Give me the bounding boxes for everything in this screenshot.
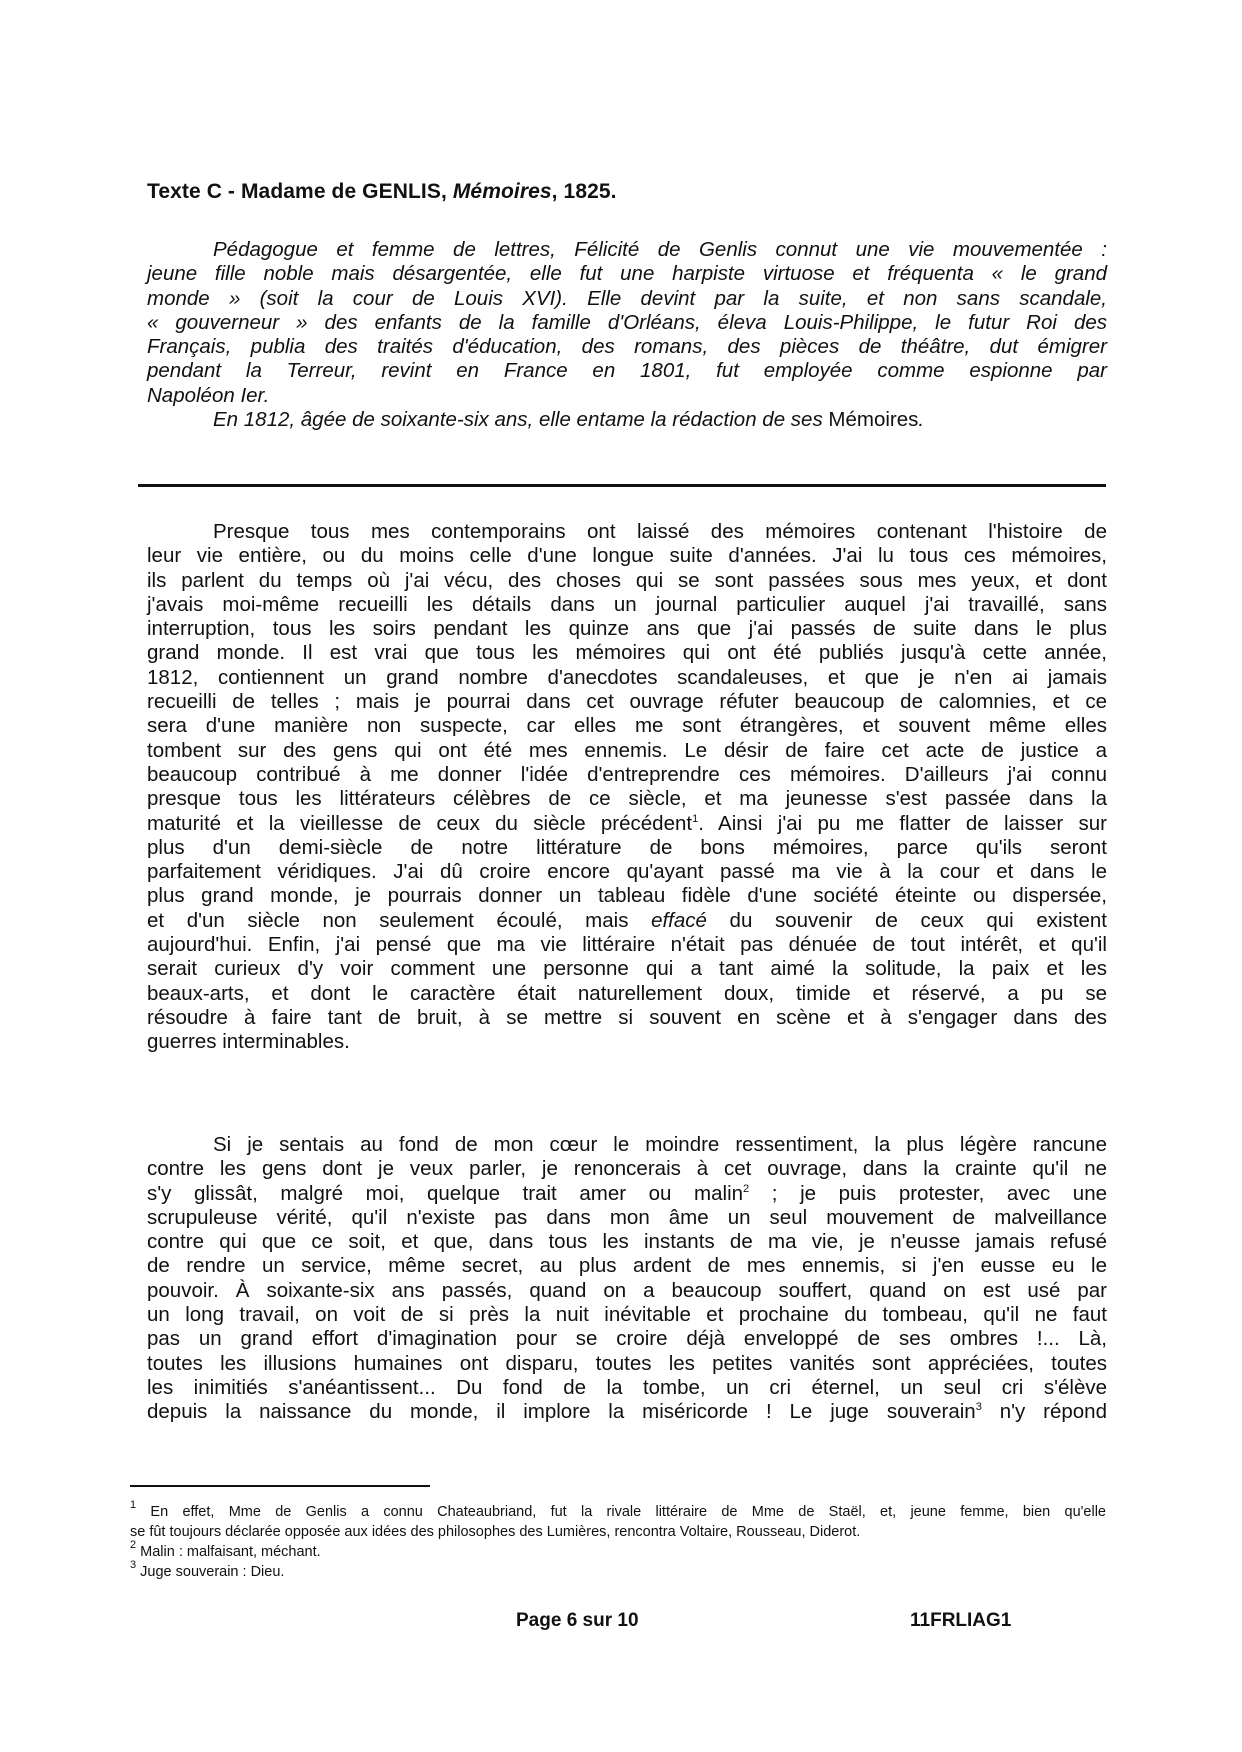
text-line: recueilli de telles ; mais je pourrai da… (147, 690, 1107, 714)
intro-closing: En 1812, âgée de soixante-six ans, elle … (147, 408, 1107, 432)
text-line: Si je sentais au fond de mon cœur le moi… (147, 1133, 1107, 1157)
intro-line: Napoléon Ier. (147, 384, 1107, 408)
footnote-text: Malin : malfaisant, méchant. (140, 1544, 321, 1560)
text-line: contre qui que ce soit, et que, dans tou… (147, 1230, 1107, 1254)
text-line: ils parlent du temps où j'ai vécu, des c… (147, 569, 1107, 593)
intro-line: « gouverneur » des enfants de la famille… (147, 311, 1107, 335)
intro-paragraph: Pédagogue et femme de lettres, Félicité … (147, 238, 1107, 432)
footnote-divider (130, 1485, 430, 1487)
text-line: parfaitement véridiques. J'ai dû croire … (147, 860, 1107, 884)
intro-line: pendant la Terreur, revint en France en … (147, 359, 1107, 383)
page-number: Page 6 sur 10 (516, 1610, 639, 1632)
footnote-1-cont: se fût toujours déclarée opposée aux idé… (130, 1522, 1106, 1542)
text-line: serait curieux d'y voir comment une pers… (147, 957, 1107, 981)
main-text: Presque tous mes contemporains ont laiss… (147, 520, 1107, 1055)
text-line: de rendre un service, même secret, au pl… (147, 1254, 1107, 1278)
text-line: un long travail, on voit de si près la n… (147, 1303, 1107, 1327)
text-line: 1812, contiennent un grand nombre d'anec… (147, 666, 1107, 690)
footnote-text: En effet, Mme de Genlis a connu Chateaub… (150, 1504, 1106, 1520)
emphasis-word: effacé (651, 909, 707, 932)
text-segment: maturité et la vieillesse de ceux du siè… (147, 812, 692, 835)
main-text-paragraph-2: Si je sentais au fond de mon cœur le moi… (147, 1133, 1107, 1425)
text-line: tombent sur des gens qui ont été mes enn… (147, 739, 1107, 763)
text-line: s'y glissât, malgré moi, quelque trait a… (147, 1182, 1107, 1206)
footnote-3: 3 Juge souverain : Dieu. (130, 1562, 1106, 1582)
text-line: guerres interminables. (147, 1030, 1107, 1054)
text-line: maturité et la vieillesse de ceux du siè… (147, 812, 1107, 836)
title-work: Mémoires (453, 180, 552, 203)
exam-code: 11FRLIAG1 (910, 1610, 1011, 1632)
text-segment: s'y glissât, malgré moi, quelque trait a… (147, 1182, 743, 1205)
text-line: aujourd'hui. Enfin, j'ai pensé que ma vi… (147, 933, 1107, 957)
text-line: pouvoir. À soixante-six ans passés, quan… (147, 1279, 1107, 1303)
title-prefix: Texte C - Madame de GENLIS, (147, 180, 453, 203)
text-line: depuis la naissance du monde, il implore… (147, 1400, 1107, 1424)
intro-closing-work: Mémoires (828, 408, 918, 431)
text-line: plus grand monde, je pourrais donner un … (147, 884, 1107, 908)
text-segment: et d'un siècle non seulement écoulé, mai… (147, 909, 651, 932)
title-suffix: , 1825. (552, 180, 617, 203)
footnote-text: Juge souverain : Dieu. (140, 1564, 284, 1580)
intro-closing-suffix: . (918, 408, 924, 431)
intro-line: monde » (soit la cour de Louis XVI). Ell… (147, 287, 1107, 311)
intro-line: jeune fille noble mais désargentée, elle… (147, 262, 1107, 286)
text-segment: du souvenir de ceux qui existent (707, 909, 1107, 932)
text-line: beaux-arts, et dont le caractère était n… (147, 982, 1107, 1006)
text-line: Presque tous mes contemporains ont laiss… (147, 520, 1107, 544)
text-line: pas un grand effort d'imagination pour s… (147, 1327, 1107, 1351)
text-line: toutes les illusions humaines ont dispar… (147, 1352, 1107, 1376)
text-line: résoudre à faire tant de bruit, à se met… (147, 1006, 1107, 1030)
text-line: sera d'une manière non suspecte, car ell… (147, 714, 1107, 738)
footnote-number: 1 (130, 1499, 136, 1511)
text-line: contre les gens dont je veux parler, je … (147, 1157, 1107, 1181)
text-line: presque tous les littérateurs célèbres d… (147, 787, 1107, 811)
footnote-number: 3 (130, 1559, 136, 1571)
text-line: plus d'un demi-siècle de notre littératu… (147, 836, 1107, 860)
document-title: Texte C - Madame de GENLIS, Mémoires, 18… (147, 180, 617, 204)
footnote-1: 1 En effet, Mme de Genlis a connu Chatea… (130, 1502, 1106, 1522)
text-segment: n'y répond (982, 1400, 1107, 1423)
intro-closing-text: En 1812, âgée de soixante-six ans, elle … (213, 408, 828, 431)
text-line: scrupuleuse vérité, qu'il n'existe pas d… (147, 1206, 1107, 1230)
document-page: Texte C - Madame de GENLIS, Mémoires, 18… (0, 0, 1242, 1752)
footnotes: 1 En effet, Mme de Genlis a connu Chatea… (130, 1502, 1106, 1582)
text-line: j'avais moi-même recueilli les détails d… (147, 593, 1107, 617)
text-segment: . Ainsi j'ai pu me flatter de laisser su… (698, 812, 1107, 835)
footnote-number: 2 (130, 1539, 136, 1551)
text-line: interruption, tous les soirs pendant les… (147, 617, 1107, 641)
footnote-2: 2 Malin : malfaisant, méchant. (130, 1542, 1106, 1562)
text-segment: depuis la naissance du monde, il implore… (147, 1400, 976, 1423)
text-line: grand monde. Il est vrai que tous les mé… (147, 641, 1107, 665)
section-divider (138, 484, 1106, 487)
text-line: et d'un siècle non seulement écoulé, mai… (147, 909, 1107, 933)
text-line: leur vie entière, ou du moins celle d'un… (147, 544, 1107, 568)
text-segment: ; je puis protester, avec une (749, 1182, 1107, 1205)
intro-line: Pédagogue et femme de lettres, Félicité … (147, 238, 1107, 262)
intro-line: Français, publia des traités d'éducation… (147, 335, 1107, 359)
text-line: les inimitiés s'anéantissent... Du fond … (147, 1376, 1107, 1400)
text-line: beaucoup contribué à me donner l'idée d'… (147, 763, 1107, 787)
